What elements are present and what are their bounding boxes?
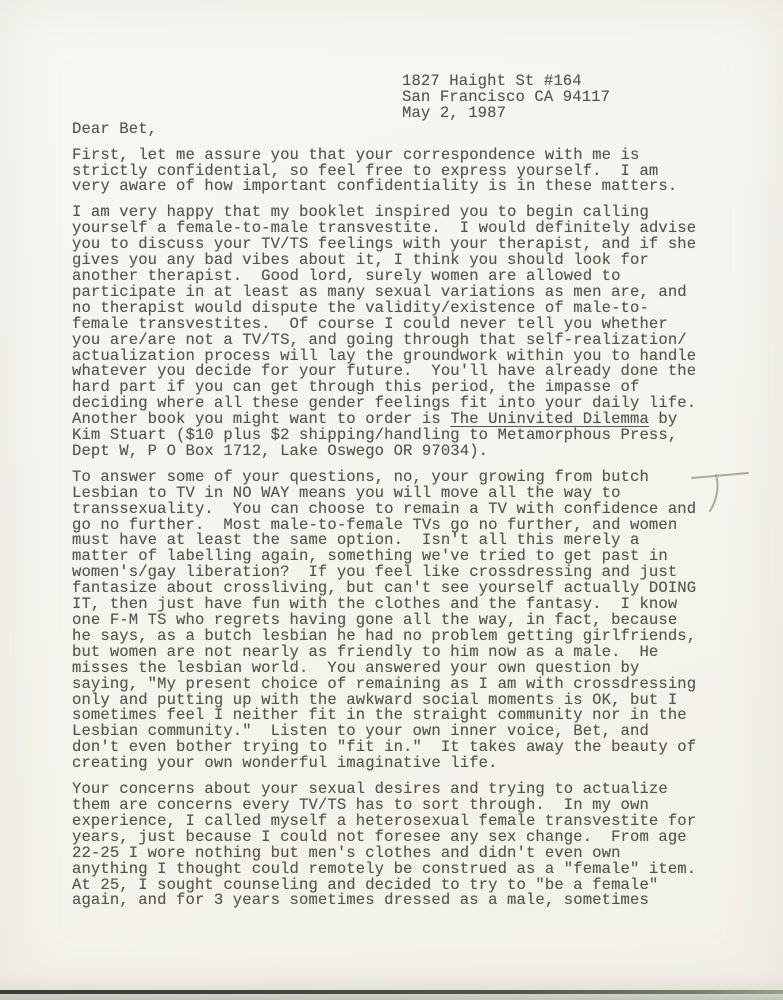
paragraph: To answer some of your questions, no, yo… (72, 470, 717, 772)
scan-edge-below (0, 994, 783, 1000)
sender-address-block: 1827 Haight St #164 San Francisco CA 941… (402, 74, 717, 122)
handwritten-pen-mark (686, 464, 756, 522)
letter-content: 1827 Haight St #164 San Francisco CA 941… (72, 74, 717, 909)
scanned-letter-page: 1827 Haight St #164 San Francisco CA 941… (0, 0, 783, 1000)
paragraph: Your concerns about your sexual desires … (72, 782, 717, 909)
letter-date: May 2, 1987 (402, 106, 717, 122)
letter-line: again, and for 3 years sometimes dressed… (72, 893, 717, 909)
letter-line: very aware of how important confidential… (72, 179, 717, 195)
paragraph: First, let me assure you that your corre… (72, 148, 717, 196)
letter-body: First, let me assure you that your corre… (72, 148, 717, 910)
paragraph: I am very happy that my booklet inspired… (72, 205, 717, 460)
scan-shade (0, 975, 783, 990)
letter-line: Dept W, P O Box 1712, Lake Oswego OR 970… (72, 444, 717, 460)
letter-line: creating your own wonderful imaginative … (72, 756, 717, 772)
salutation: Dear Bet, (72, 122, 717, 138)
